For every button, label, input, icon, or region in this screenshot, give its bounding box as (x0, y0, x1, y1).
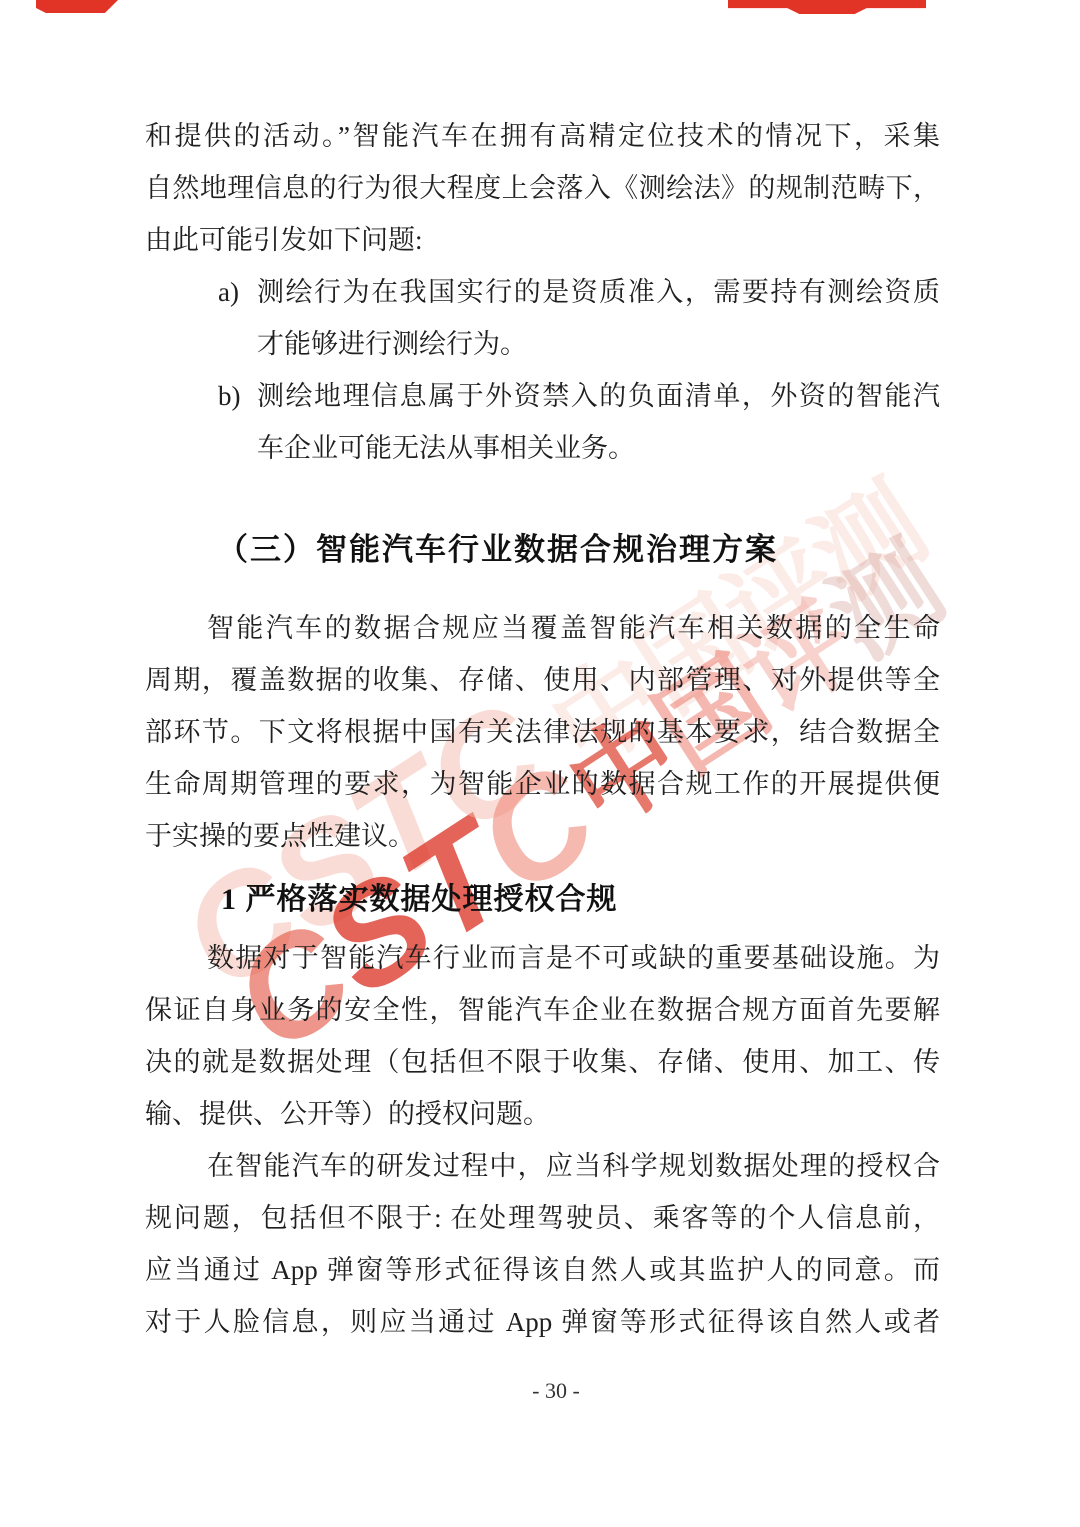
text-line: 由此可能引发如下问题: (145, 214, 940, 266)
list-marker: a) (218, 266, 239, 318)
text-line: 数据对于智能汽车行业而言是不可或缺的重要基础设施。为 (145, 932, 940, 984)
text-line: 车企业可能无法从事相关业务。 (145, 422, 940, 474)
text-line: 自然地理信息的行为很大程度上会落入《测绘法》的规制范畴下， (145, 162, 940, 214)
text-line: 保证自身业务的安全性，智能汽车企业在数据合规方面首先要解 (145, 984, 940, 1036)
red-banner-fragment-left (36, 0, 118, 13)
text-line: 于实操的要点性建议。 (145, 810, 940, 862)
text-line: 智能汽车的数据合规应当覆盖智能汽车相关数据的全生命 (145, 602, 940, 654)
text-line: 生命周期管理的要求，为智能企业的数据合规工作的开展提供便 (145, 758, 940, 810)
text-line: 和提供的活动。”智能汽车在拥有高精定位技术的情况下，采集 (145, 110, 940, 162)
sub-heading: 1 严格落实数据处理授权合规 (145, 874, 940, 926)
text-line: 周期，覆盖数据的收集、存储、使用、内部管理、对外提供等全 (145, 654, 940, 706)
document-page: CSTC中国评测 和提供的活动。”智能汽车在拥有高精定位技术的情况下，采集自然地… (0, 0, 1080, 1527)
text-line: 部环节。下文将根据中国有关法律法规的基本要求，结合数据全 (145, 706, 940, 758)
text-line: 在智能汽车的研发过程中，应当科学规划数据处理的授权合 (145, 1140, 940, 1192)
text-line: 才能够进行测绘行为。 (145, 318, 940, 370)
text-line: 输、提供、公开等）的授权问题。 (145, 1088, 940, 1140)
text-line: 规问题，包括但不限于: 在处理驾驶员、乘客等的个人信息前， (145, 1192, 940, 1244)
text-line: 决的就是数据处理（包括但不限于收集、存储、使用、加工、传 (145, 1036, 940, 1088)
section-heading: （三）智能汽车行业数据合规治理方案 (145, 524, 940, 576)
text-line: 对于人脸信息，则应当通过 App 弹窗等形式征得该自然人或者 (145, 1296, 940, 1348)
red-banner-fragment-right (728, 0, 926, 14)
text-line: 应当通过 App 弹窗等形式征得该自然人或其监护人的同意。而 (145, 1244, 940, 1296)
text-line: 测绘行为在我国实行的是资质准入，需要持有测绘资质a) (145, 266, 940, 318)
list-marker: b) (218, 370, 241, 422)
text-line: 测绘地理信息属于外资禁入的负面清单，外资的智能汽b) (145, 370, 940, 422)
page-number: - 30 - (0, 1378, 1080, 1404)
document-body: 和提供的活动。”智能汽车在拥有高精定位技术的情况下，采集自然地理信息的行为很大程… (145, 110, 940, 1348)
